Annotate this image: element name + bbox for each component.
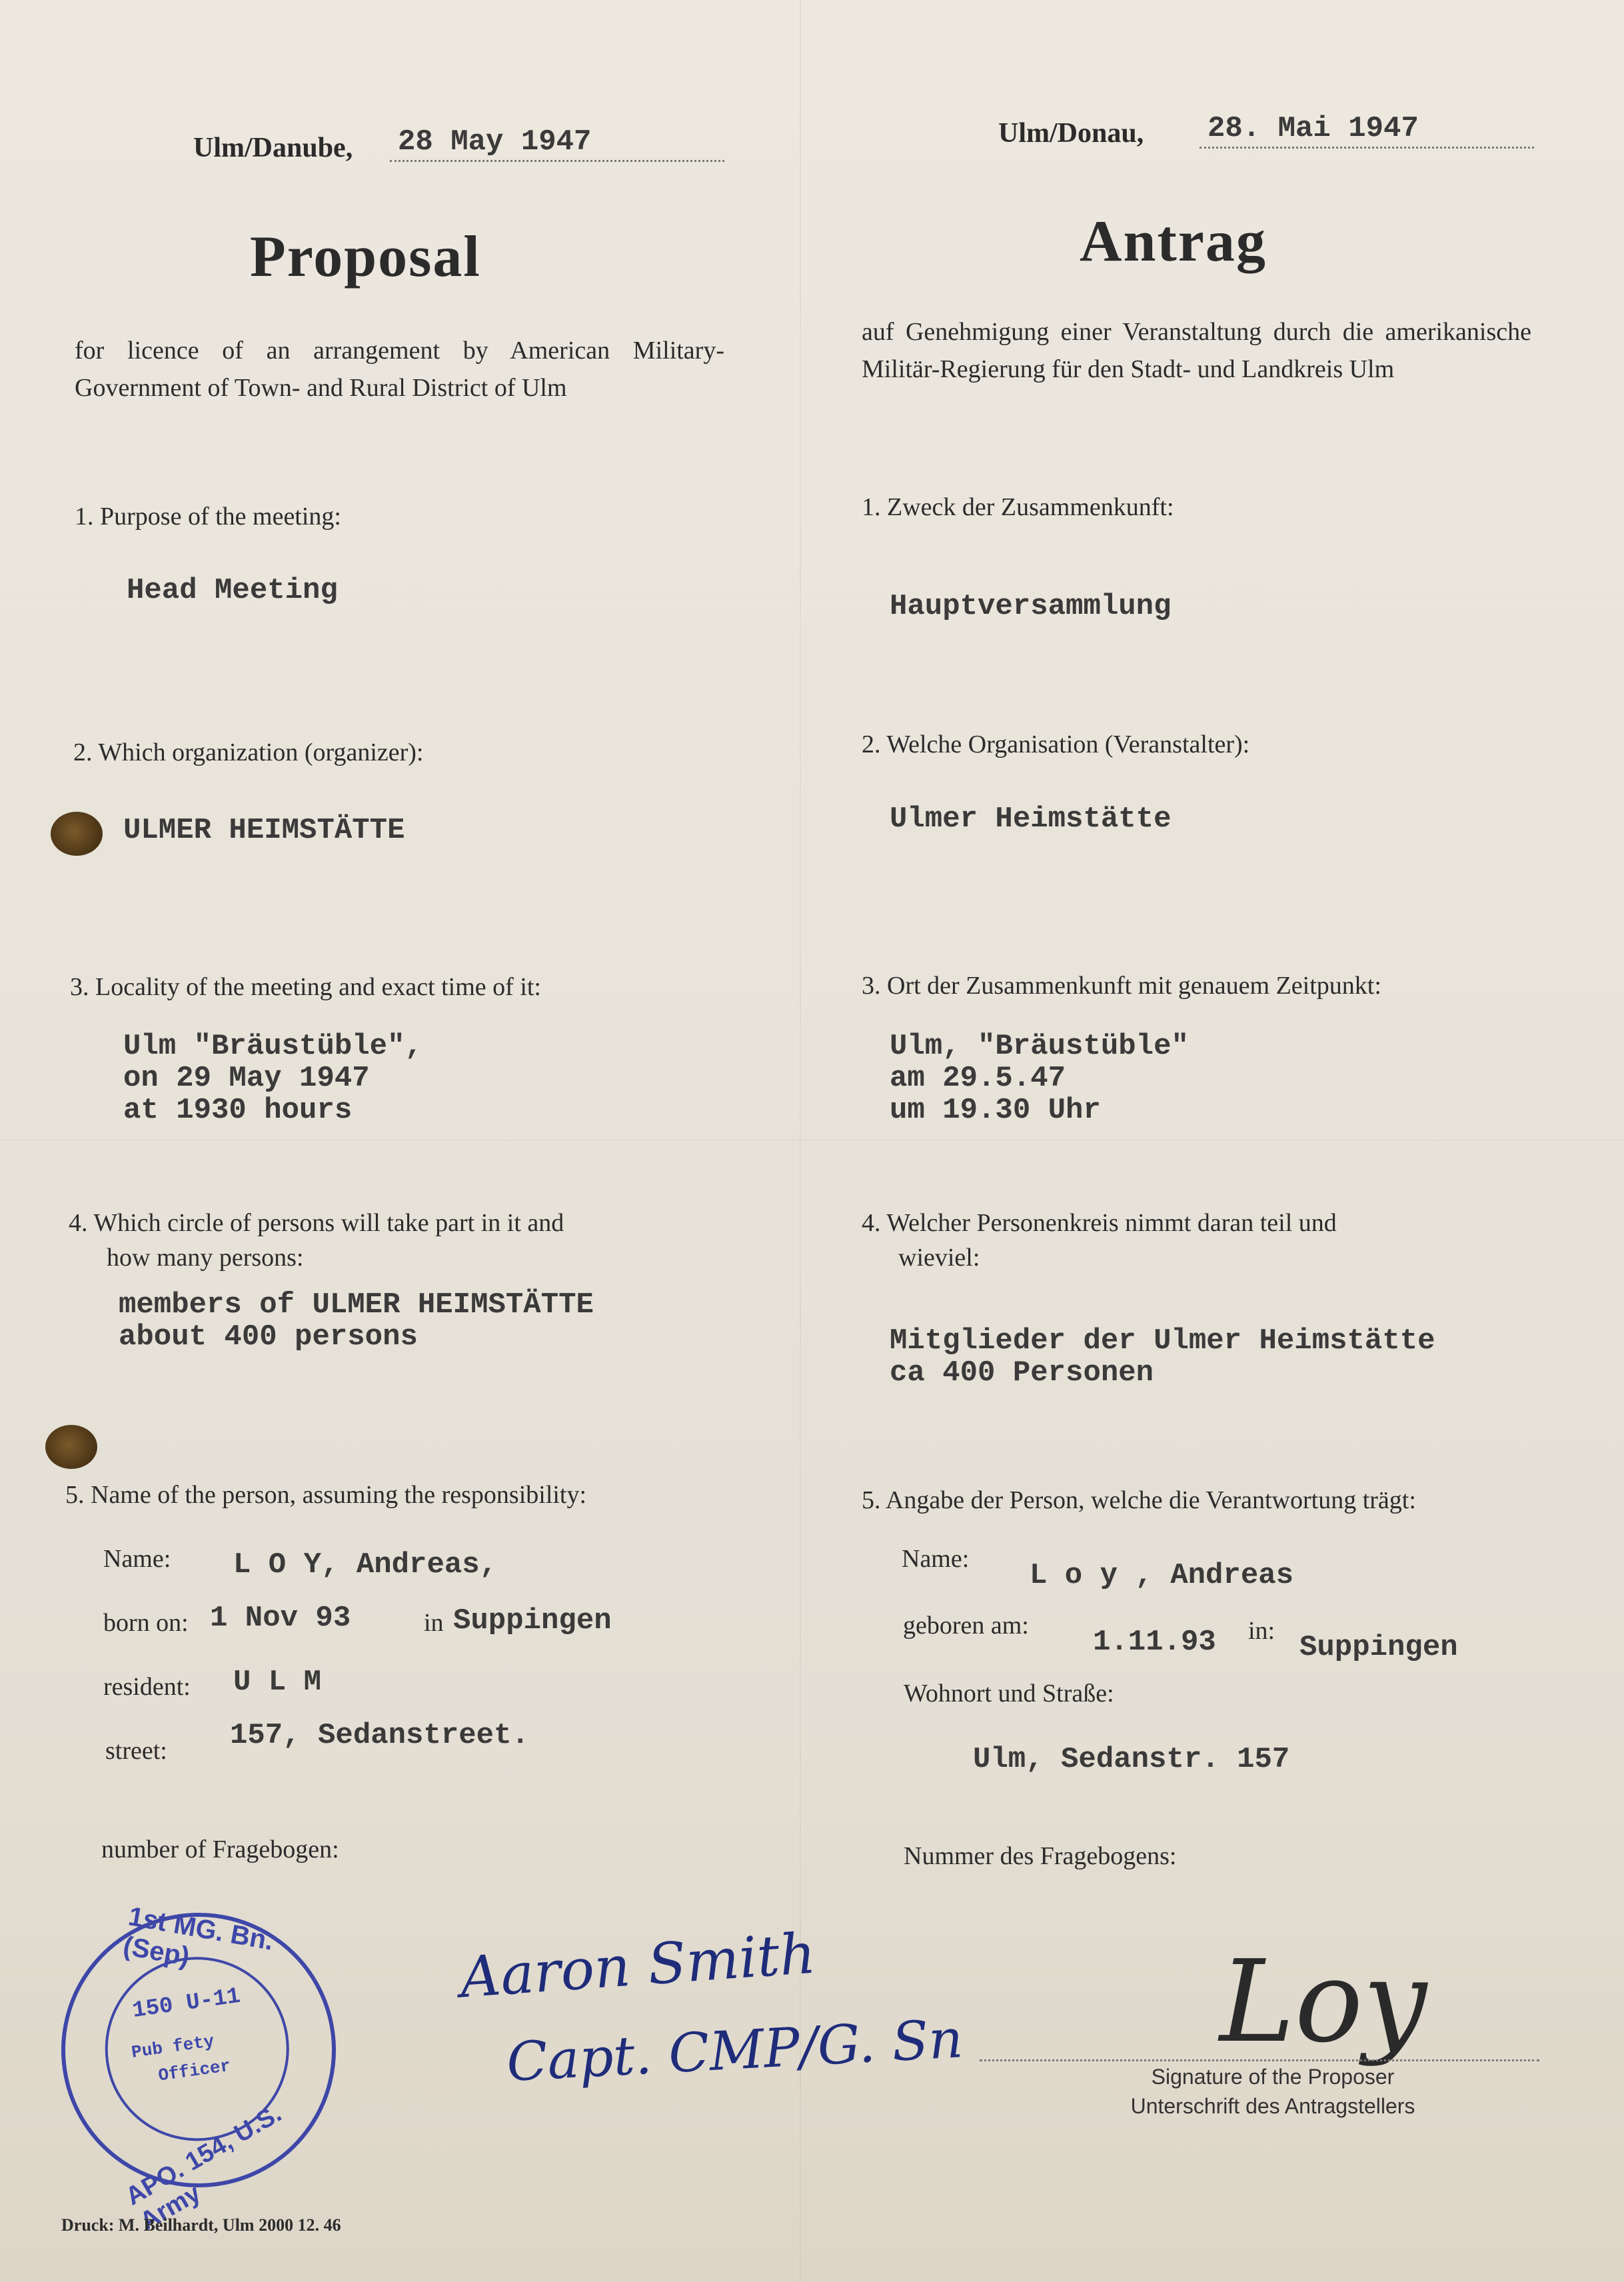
proposer-signature: Loy — [1219, 1936, 1427, 2068]
english-q3: 3. Locality of the meeting and exact tim… — [70, 969, 541, 1005]
german-title: Antrag — [1080, 208, 1267, 275]
german-in-value: Suppingen — [1299, 1632, 1458, 1664]
german-fragebogen-label: Nummer des Fragebogens: — [904, 1838, 1176, 1874]
punch-hole-bottom — [45, 1425, 97, 1469]
german-address-label: Wohnort und Straße: — [904, 1676, 1114, 1711]
english-fragebogen-label: number of Fragebogen: — [101, 1831, 339, 1867]
english-in-value: Suppingen — [453, 1605, 612, 1637]
left-place-label: Ulm/Danube, — [193, 132, 353, 164]
english-q1: 1. Purpose of the meeting: — [75, 499, 341, 535]
english-title: Proposal — [250, 223, 481, 291]
german-a4-line2: ca 400 Personen — [890, 1357, 1154, 1389]
printer-imprint: Druck: M. Beilhardt, Ulm 2000 12. 46 — [61, 2215, 341, 2235]
english-q4-line1: 4. Which circle of persons will take par… — [69, 1205, 564, 1241]
german-born-value: 1.11.93 — [1093, 1626, 1216, 1658]
english-q2: 2. Which organization (organizer): — [73, 734, 424, 770]
english-born-label: born on: — [103, 1605, 189, 1641]
english-a3-line3: at 1930 hours — [123, 1094, 352, 1126]
english-intro: for licence of an arrangement by America… — [75, 332, 724, 407]
german-a3-line1: Ulm, "Bräustüble" — [890, 1030, 1189, 1062]
english-resident-label: resident: — [103, 1669, 191, 1705]
fold-line-horizontal — [0, 1140, 1624, 1141]
english-a2: ULMER HEIMSTÄTTE — [123, 814, 405, 846]
english-name-label: Name: — [103, 1541, 171, 1577]
german-name-value: L o y , Andreas — [1030, 1560, 1293, 1592]
signature-label-de: Unterschrift des Antragstellers — [1040, 2091, 1506, 2121]
english-street-value: 157, Sedanstreet. — [230, 1719, 529, 1751]
english-a4-line2: about 400 persons — [119, 1321, 418, 1353]
german-a1: Hauptversammlung — [890, 590, 1171, 622]
german-a2: Ulmer Heimstätte — [890, 803, 1171, 835]
german-q1: 1. Zweck der Zusammenkunft: — [862, 489, 1174, 525]
german-intro: auf Genehmigung einer Veranstaltung durc… — [862, 313, 1531, 388]
english-name-value: L O Y, Andreas, — [233, 1549, 497, 1581]
signature-label-en: Signature of the Proposer — [1040, 2062, 1506, 2091]
right-date-value: 28. Mai 1947 — [1200, 112, 1534, 149]
english-q5: 5. Name of the person, assuming the resp… — [65, 1477, 586, 1513]
punch-hole-top — [51, 812, 103, 856]
german-q2: 2. Welche Organisation (Veranstalter): — [862, 726, 1249, 762]
german-born-label: geboren am: — [903, 1608, 1029, 1644]
german-name-label: Name: — [902, 1541, 969, 1577]
german-in-label: in: — [1248, 1613, 1275, 1649]
german-a3-line2: am 29.5.47 — [890, 1062, 1066, 1094]
signature-line — [980, 2059, 1539, 2061]
english-street-label: street: — [105, 1733, 167, 1769]
english-a1: Head Meeting — [127, 574, 338, 606]
english-a3-line1: Ulm "Bräustüble", — [123, 1030, 422, 1062]
english-a3-line2: on 29 May 1947 — [123, 1062, 370, 1094]
german-q3: 3. Ort der Zusammenkunft mit genauem Zei… — [862, 968, 1381, 1004]
german-address-value: Ulm, Sedanstr. 157 — [973, 1743, 1289, 1775]
english-a4-line1: members of ULMER HEIMSTÄTTE — [119, 1289, 594, 1321]
english-in-label: in — [424, 1605, 444, 1641]
german-q4-line1: 4. Welcher Personenkreis nimmt daran tei… — [862, 1205, 1337, 1241]
english-q4-line2: how many persons: — [107, 1240, 304, 1276]
right-place-label: Ulm/Donau, — [998, 117, 1144, 149]
english-born-value: 1 Nov 93 — [210, 1602, 351, 1634]
english-resident-value: U L M — [233, 1666, 321, 1698]
german-a4-line1: Mitglieder der Ulmer Heimstätte — [890, 1325, 1435, 1357]
german-q5: 5. Angabe der Person, welche die Verantw… — [862, 1482, 1416, 1518]
left-date-value: 28 May 1947 — [390, 125, 724, 162]
german-a3-line3: um 19.30 Uhr — [890, 1094, 1101, 1126]
german-q4-line2: wieviel: — [898, 1240, 980, 1276]
